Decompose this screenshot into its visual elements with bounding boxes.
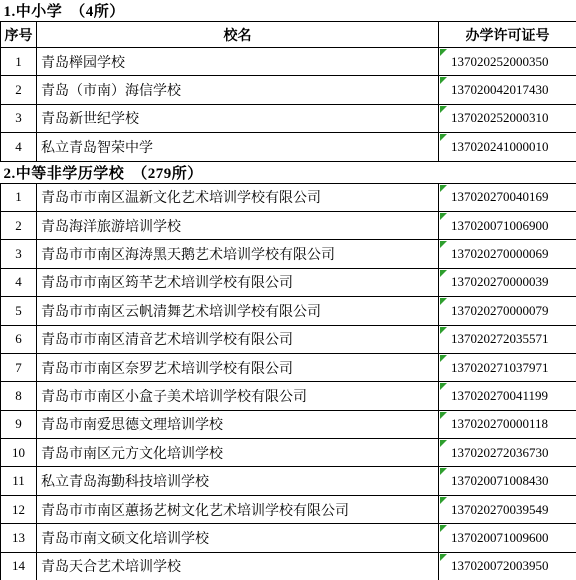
stored-as-text-indicator-icon [440,497,447,504]
section-title-cell[interactable]: 1.中小学 （4所） [1,0,576,22]
table-row: 14 青岛天合艺术培训学校 137020072003950 [1,552,576,580]
stored-as-text-indicator-icon [440,77,447,84]
row-index-cell[interactable]: 8 [1,382,37,410]
school-name: 青岛市市南区奈罗艺术培训学校有限公司 [41,362,293,377]
row-index: 5 [15,303,22,318]
license-cell[interactable]: 137020270039549 [439,495,576,523]
school-name: 青岛市市南区云帆清舞艺术培训学校有限公司 [41,305,321,320]
license-cell[interactable]: 137020270041199 [439,382,576,410]
school-name-cell[interactable]: 青岛市南区元方文化培训学校 [37,439,439,467]
row-index-cell[interactable]: 12 [1,495,37,523]
school-name: 青岛天合艺术培训学校 [41,560,181,575]
table-row: 4 私立青岛智荣中学 137020241000010 [1,133,576,161]
table-row: 6 青岛市市南区清音艺术培训学校有限公司 137020272035571 [1,325,576,353]
row-index-cell[interactable]: 13 [1,524,37,552]
row-index: 14 [12,558,25,573]
school-name: 私立青岛海勤科技培训学校 [41,475,209,490]
school-name-cell[interactable]: 青岛市市南区奈罗艺术培训学校有限公司 [37,353,439,381]
license-cell[interactable]: 137020042017430 [439,76,576,104]
school-name-cell[interactable]: 青岛市市南区温新文化艺术培训学校有限公司 [37,183,439,211]
table-row: 1 青岛榉园学校 137020252000350 [1,48,576,76]
license-cell[interactable]: 137020252000350 [439,48,576,76]
row-index-cell[interactable]: 11 [1,467,37,495]
table-row: 8 青岛市市南区小盒子美术培训学校有限公司 137020270041199 [1,382,576,410]
stored-as-text-indicator-icon [440,49,447,56]
stored-as-text-indicator-icon [440,468,447,475]
license-number: 137020272036730 [451,445,549,460]
row-index-cell[interactable]: 7 [1,353,37,381]
license-header-label: 办学许可证号 [466,29,550,44]
table-row: 13 青岛市南文硕文化培训学校 137020071009600 [1,524,576,552]
license-number: 137020071006900 [451,218,549,233]
row-index-cell[interactable]: 1 [1,183,37,211]
table-row: 2 青岛海洋旅游培训学校 137020071006900 [1,211,576,239]
stored-as-text-indicator-icon [440,355,447,362]
license-cell[interactable]: 137020270000118 [439,410,576,438]
row-index-cell[interactable]: 2 [1,76,37,104]
table-row: 3 青岛新世纪学校 137020252000310 [1,104,576,132]
table-row: 5 青岛市市南区云帆清舞艺术培训学校有限公司 137020270000079 [1,297,576,325]
row-index-cell[interactable]: 14 [1,552,37,580]
school-name-cell[interactable]: 青岛（市南）海信学校 [37,76,439,104]
school-name: 私立青岛智荣中学 [41,141,153,156]
license-cell[interactable]: 137020241000010 [439,133,576,161]
table-row: 2 青岛（市南）海信学校 137020042017430 [1,76,576,104]
license-cell[interactable]: 137020270000069 [439,240,576,268]
school-name-cell[interactable]: 青岛市市南区清音艺术培训学校有限公司 [37,325,439,353]
stored-as-text-indicator-icon [440,213,447,220]
school-name-cell[interactable]: 私立青岛智荣中学 [37,133,439,161]
license-number: 137020270000118 [451,416,548,431]
name-header-cell[interactable]: 校名 [37,22,439,48]
license-cell[interactable]: 137020271037971 [439,353,576,381]
school-name-cell[interactable]: 青岛新世纪学校 [37,104,439,132]
row-index-cell[interactable]: 9 [1,410,37,438]
license-number: 137020270000079 [451,303,549,318]
row-index: 4 [15,274,22,289]
license-cell[interactable]: 137020072003950 [439,552,576,580]
row-index-cell[interactable]: 2 [1,211,37,239]
stored-as-text-indicator-icon [440,185,447,192]
license-number: 137020042017430 [451,82,549,97]
section-title-cell[interactable]: 2.中等非学历学校 （279所） [1,161,576,183]
school-name: 青岛市南爱思德文理培训学校 [41,418,223,433]
table-row: 12 青岛市市南区蕙扬艺树文化艺术培训学校有限公司 13702027003954… [1,495,576,523]
stored-as-text-indicator-icon [440,412,447,419]
school-table-body: 1.中小学 （4所） 序号 校名 办学许可证号 1 青岛榉园学校 1370202… [1,0,576,580]
row-index-cell[interactable]: 3 [1,240,37,268]
school-name: 青岛海洋旅游培训学校 [41,220,181,235]
license-cell[interactable]: 137020252000310 [439,104,576,132]
school-name: 青岛市市南区温新文化艺术培训学校有限公司 [41,191,321,206]
school-name: 青岛市市南区筠芊艺术培训学校有限公司 [41,276,293,291]
row-index: 9 [15,416,22,431]
school-name: 青岛市市南区小盒子美术培训学校有限公司 [41,390,307,405]
table-row: 2.中等非学历学校 （279所） [1,161,576,183]
license-number: 137020270039549 [451,502,549,517]
row-index: 2 [15,82,22,97]
school-name-cell[interactable]: 私立青岛海勤科技培训学校 [37,467,439,495]
row-index: 3 [15,246,22,261]
row-index-cell[interactable]: 4 [1,133,37,161]
school-name-cell[interactable]: 青岛天合艺术培训学校 [37,552,439,580]
license-cell[interactable]: 137020270000079 [439,297,576,325]
table-row: 4 青岛市市南区筠芊艺术培训学校有限公司 137020270000039 [1,268,576,296]
stored-as-text-indicator-icon [440,327,447,334]
license-number: 137020071008430 [451,473,549,488]
stored-as-text-indicator-icon [440,106,447,113]
license-cell[interactable]: 137020071008430 [439,467,576,495]
license-cell[interactable]: 137020071006900 [439,211,576,239]
school-name: 青岛市市南区海涛黑天鹅艺术培训学校有限公司 [41,248,335,263]
school-name-cell[interactable]: 青岛海洋旅游培训学校 [37,211,439,239]
section-title: 2.中等非学历学校 （279所） [4,166,203,182]
license-number: 137020270040169 [451,189,549,204]
stored-as-text-indicator-icon [440,554,447,561]
index-header-label: 序号 [5,29,33,44]
school-name-cell[interactable]: 青岛市市南区小盒子美术培训学校有限公司 [37,382,439,410]
table-row: 1.中小学 （4所） [1,0,576,22]
section-title: 1.中小学 （4所） [4,4,125,20]
school-name: 青岛市南区元方文化培训学校 [41,447,223,462]
school-table: 1.中小学 （4所） 序号 校名 办学许可证号 1 青岛榉园学校 1370202… [0,0,576,580]
school-name: 青岛榉园学校 [41,56,125,71]
license-number: 137020271037971 [451,360,549,375]
row-index: 7 [15,360,22,375]
license-number: 137020252000310 [451,110,549,125]
table-row: 10 青岛市南区元方文化培训学校 137020272036730 [1,439,576,467]
school-name: 青岛市市南区清音艺术培训学校有限公司 [41,333,293,348]
table-row: 3 青岛市市南区海涛黑天鹅艺术培训学校有限公司 137020270000069 [1,240,576,268]
stored-as-text-indicator-icon [440,440,447,447]
license-number: 137020270000069 [451,246,549,261]
stored-as-text-indicator-icon [440,383,447,390]
table-row: 1 青岛市市南区温新文化艺术培训学校有限公司 137020270040169 [1,183,576,211]
stored-as-text-indicator-icon [440,298,447,305]
license-number: 137020072003950 [451,558,549,573]
table-row: 7 青岛市市南区奈罗艺术培训学校有限公司 137020271037971 [1,353,576,381]
row-index: 10 [12,445,25,460]
row-index: 1 [15,189,22,204]
license-number: 137020252000350 [451,54,549,69]
stored-as-text-indicator-icon [440,270,447,277]
school-name-cell[interactable]: 青岛市南爱思德文理培训学校 [37,410,439,438]
school-name-cell[interactable]: 青岛市市南区云帆清舞艺术培训学校有限公司 [37,297,439,325]
school-name-cell[interactable]: 青岛市市南区蕙扬艺树文化艺术培训学校有限公司 [37,495,439,523]
row-index-cell[interactable]: 6 [1,325,37,353]
license-number: 137020071009600 [451,530,549,545]
table-row: 11 私立青岛海勤科技培训学校 137020071008430 [1,467,576,495]
school-name: 青岛市南文硕文化培训学校 [41,532,209,547]
row-index: 6 [15,331,22,346]
row-index-cell[interactable]: 10 [1,439,37,467]
row-index-cell[interactable]: 3 [1,104,37,132]
school-name: 青岛市市南区蕙扬艺树文化艺术培训学校有限公司 [41,504,349,519]
stored-as-text-indicator-icon [440,241,447,248]
license-cell[interactable]: 137020071009600 [439,524,576,552]
row-index-cell[interactable]: 5 [1,297,37,325]
name-header-label: 校名 [224,29,252,44]
license-header-cell[interactable]: 办学许可证号 [439,22,576,48]
school-name-cell[interactable]: 青岛市市南区海涛黑天鹅艺术培训学校有限公司 [37,240,439,268]
stored-as-text-indicator-icon [440,134,447,141]
row-index: 8 [15,388,22,403]
license-cell[interactable]: 137020272035571 [439,325,576,353]
row-index: 4 [15,139,22,154]
school-name-cell[interactable]: 青岛市市南区筠芊艺术培训学校有限公司 [37,268,439,296]
row-index: 2 [15,218,22,233]
license-number: 137020241000010 [451,139,549,154]
row-index: 13 [12,530,25,545]
license-cell[interactable]: 137020270000039 [439,268,576,296]
stored-as-text-indicator-icon [440,525,447,532]
school-name-cell[interactable]: 青岛榉园学校 [37,48,439,76]
row-index: 1 [15,54,22,69]
school-name-cell[interactable]: 青岛市南文硕文化培训学校 [37,524,439,552]
license-number: 137020272035571 [451,331,549,346]
row-index: 11 [12,473,25,488]
row-index-cell[interactable]: 1 [1,48,37,76]
license-cell[interactable]: 137020272036730 [439,439,576,467]
index-header-cell[interactable]: 序号 [1,22,37,48]
license-number: 137020270041199 [451,388,548,403]
row-index: 3 [15,110,22,125]
school-name: 青岛（市南）海信学校 [41,84,181,99]
license-cell[interactable]: 137020270040169 [439,183,576,211]
license-number: 137020270000039 [451,274,549,289]
row-index: 12 [12,502,25,517]
table-row: 9 青岛市南爱思德文理培训学校 137020270000118 [1,410,576,438]
row-index-cell[interactable]: 4 [1,268,37,296]
school-name: 青岛新世纪学校 [41,112,139,127]
table-row: 序号 校名 办学许可证号 [1,22,576,48]
